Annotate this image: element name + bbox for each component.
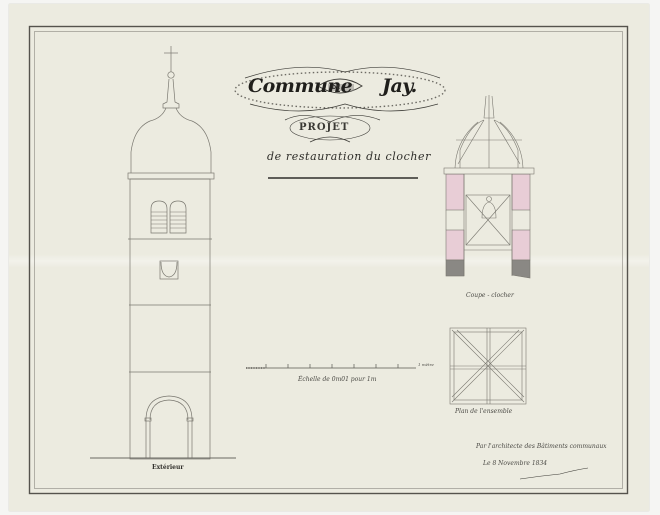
belfry-section	[444, 95, 534, 278]
tower-elevation	[90, 46, 236, 459]
plan-caption: Plan de l'ensemble	[455, 408, 512, 415]
projet-banner: PROJET	[299, 122, 349, 133]
scale-bar-graphic	[246, 364, 416, 368]
signature-line-1: Par l'architecte des Bâtiments communaux	[476, 443, 607, 450]
project-subtitle: de restauration du clocher	[267, 150, 431, 163]
scale-end-note: 1 mètre	[418, 362, 434, 367]
section-caption: Coupe - clocher	[466, 292, 514, 299]
title-word-jay: Jay.	[382, 75, 417, 97]
elevation-caption: Extérieur	[152, 464, 184, 471]
signature-line-2: Le 8 Novembre 1834	[483, 460, 547, 467]
title-connector: DE	[332, 85, 341, 91]
scale-label: Échelle de 0m01 pour 1m	[298, 376, 376, 383]
framing-plan	[450, 328, 526, 404]
